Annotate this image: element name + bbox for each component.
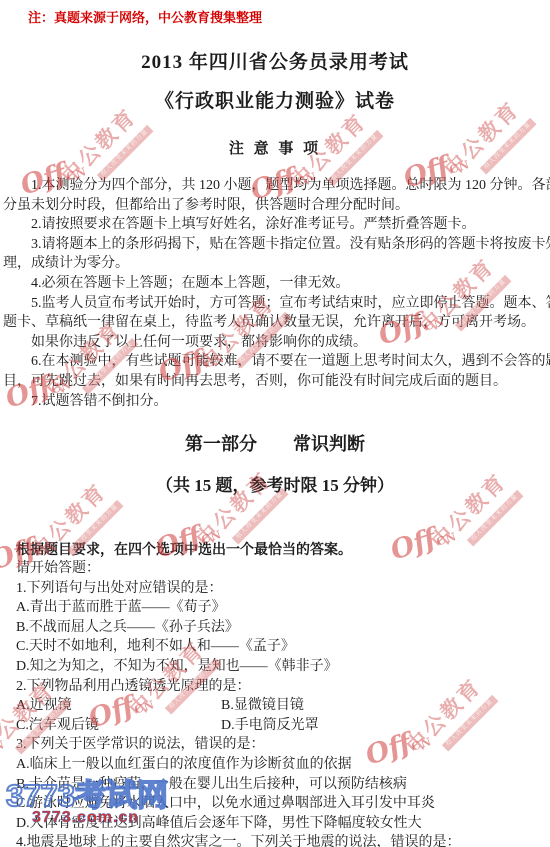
text-line: A.青出于蓝而胜于蓝——《荀子》 (16, 598, 550, 618)
text-line: 1.本测验分为四个部分，共 120 小题，题型均为单项选择题。总时限为 120 … (3, 176, 548, 196)
text-line: 题卡、草稿纸一律留在桌上，待监考人员确认数量无误，允许离开后，方可离开考场。 (3, 313, 548, 333)
text-line: B.卡介苗是一种疫苗，一般在婴儿出生后接种，可以预防结核病 (16, 775, 550, 795)
offcn-tagline: 给人改变未来的力量 (232, 488, 289, 545)
offcn-watermark: OffCN中公教育给人改变未来的力量 (390, 440, 550, 572)
offcn-tagline: 给人改变未来的力量 (467, 490, 524, 547)
notice-heading: 注 意 事 项 (0, 137, 550, 158)
text-line: C.天时不如地利，地利不如人和——《孟子》 (16, 637, 550, 657)
text-line-col1: A.青出于蓝而胜于蓝——《荀子》 (16, 600, 226, 615)
text-line-col1: 5.监考人员宣布考试开始时，方可答题；宣布考试结束时，应立即停止答题。题本、答 (3, 296, 550, 311)
offcn-logo-cn-text: CN (435, 530, 459, 549)
question-body: 请开始答题：1.下列语句与出处对应错误的是：A.青出于蓝而胜于蓝——《荀子》B.… (16, 559, 550, 847)
text-line-col1: C.汽车观后镜 (16, 718, 99, 733)
source-note: 注：真题来源于网络，中公教育搜集整理 (28, 7, 262, 26)
exam-title: 2013 年四川省公务员录用考试 (0, 47, 550, 74)
text-line-col1: 请开始答题： (16, 561, 100, 576)
text-line-col1: 4.必须在答题卡上答题；在题本上答题，一律无效。 (3, 276, 350, 291)
part1-heading: 第一部分 常识判断 (0, 430, 550, 456)
text-line: A.临床上一般以血红蛋白的浓度值作为诊断贫血的依据 (16, 755, 550, 775)
text-line-col1: 目，可先跳过去，如果有时间再去思考，否则，你可能没有时间完成后面的题目。 (3, 374, 507, 389)
part1-subheading: （共 15 题，参考时限 15 分钟） (0, 471, 550, 496)
text-line: 6.在本测验中，有些试题可能较难，请不要在一道题上思考时间太久，遇到不会答的题 (3, 352, 548, 372)
text-line-col1: C.天时不如地利，地利不如人和——《孟子》 (16, 639, 295, 654)
text-line-col1: B.不战而屈人之兵——《孙子兵法》 (16, 620, 239, 635)
text-line: B.不战而屈人之兵——《孙子兵法》 (16, 618, 550, 638)
offcn-flame-logo-icon: OffCN (0, 726, 7, 772)
text-line-col1: 4.地震是地球上的主要自然灾害之一。下列关于地震的说法，错误的是： (16, 835, 461, 847)
text-line: 2.下列物品利用凸透镜透光原理的是： (16, 677, 550, 697)
text-line-col1: A.近视镜 (16, 698, 72, 713)
text-line-col1: 1.本测验分为四个部分，共 120 小题，题型均为单项选择题。总时限为 120 … (3, 178, 550, 193)
text-line: 3.下列关于医学常识的说法，错误的是： (16, 735, 550, 755)
text-line-col2: B.显微镜目镜 (221, 696, 304, 716)
text-line-col1: 3.请将题本上的条形码揭下，贴在答题卡指定位置。没有贴条形码的答题卡将按废卡处 (3, 237, 550, 252)
text-line-col1: D.知之为知之，不知为不知，是知也——《韩非子》 (16, 659, 338, 674)
text-line-col1: B.卡介苗是一种疫苗，一般在婴儿出生后接种，可以预防结核病 (16, 777, 407, 792)
text-line: 5.监考人员宣布考试开始时，方可答题；宣布考试结束时，应立即停止答题。题本、答 (3, 294, 548, 314)
text-line: 目，可先跳过去，如果有时间再去思考，否则，你可能没有时间完成后面的题目。 (3, 372, 548, 392)
exam-subtitle: 《行政职业能力测验》试卷 (0, 86, 550, 113)
offcn-flame-logo-icon: OffCN (387, 518, 459, 564)
text-line-col1: 分虽未划分时段，但都给出了参考时限，供答题时合理分配时间。 (3, 198, 409, 213)
text-line: 4.地震是地球上的主要自然灾害之一。下列关于地震的说法，错误的是： (16, 833, 550, 847)
text-line-col1: C.游泳时应避免将水咽入口中，以免水通过鼻咽部进入耳引发中耳炎 (16, 796, 435, 811)
text-line: D.知之为知之，不知为不知，是知也——《韩非子》 (16, 657, 550, 677)
text-line-col1: 6.在本测验中，有些试题可能较难，请不要在一道题上思考时间太久，遇到不会答的题 (3, 354, 550, 369)
text-line: 4.必须在答题卡上答题；在题本上答题，一律无效。 (3, 274, 548, 294)
text-line: A.近视镜B.显微镜目镜 (16, 696, 550, 716)
text-line-col2: D.手电筒反光罩 (221, 716, 319, 736)
text-line-col1: 2.请按照要求在答题卡上填写好姓名，涂好准考证号。严禁折叠答题卡。 (3, 217, 476, 232)
exam-paper-page: 注：真题来源于网络，中公教育搜集整理 2013 年四川省公务员录用考试 《行政职… (0, 0, 550, 847)
offcn-logo-cn-text: CN (0, 738, 7, 757)
text-line-col1: 2.下列物品利用凸透镜透光原理的是： (16, 679, 251, 694)
text-line-col1: 1.下列语句与出处对应错误的是： (16, 581, 223, 596)
text-line-col1: 如果你违反了以上任何一项要求，都将影响你的成绩。 (3, 335, 367, 350)
offcn-logo-cn-text: CN (448, 158, 472, 177)
notice-body: 1.本测验分为四个部分，共 120 小题，题型均为单项选择题。总时限为 120 … (3, 176, 548, 411)
text-line: 2.请按照要求在答题卡上填写好姓名，涂好准考证号。严禁折叠答题卡。 (3, 215, 548, 235)
text-line: C.汽车观后镜D.手电筒反光罩 (16, 716, 550, 736)
text-line: 3.请将题本上的条形码揭下，贴在答题卡指定位置。没有贴条形码的答题卡将按废卡处 (3, 235, 548, 255)
text-line: 1.下列语句与出处对应错误的是： (16, 579, 550, 599)
text-line-col1: D.人体骨密度在达到高峰值后会逐年下降，男性下降幅度较女性大 (16, 816, 422, 831)
text-line: 如果你违反了以上任何一项要求，都将影响你的成绩。 (3, 333, 548, 353)
text-line-col1: 3.下列关于医学常识的说法，错误的是： (16, 737, 265, 752)
text-line: D.人体骨密度在达到高峰值后会逐年下降，男性下降幅度较女性大 (16, 814, 550, 834)
part1-instruction: 根据题目要求，在四个选项中选出一个最恰当的答案。 (16, 539, 352, 559)
text-line-col1: 理，成绩计为零分。 (3, 256, 129, 271)
text-line: 请开始答题： (16, 559, 550, 579)
text-line: 分虽未划分时段，但都给出了参考时限，供答题时合理分配时间。 (3, 196, 548, 216)
text-line-col1: 7.试题答错不倒扣分。 (3, 394, 168, 409)
text-line: C.游泳时应避免将水咽入口中，以免水通过鼻咽部进入耳引发中耳炎 (16, 794, 550, 814)
text-line-col1: 题卡、草稿纸一律留在桌上，待监考人员确认数量无误，允许离开后，方可离开考场。 (3, 315, 535, 330)
text-line: 理，成绩计为零分。 (3, 254, 548, 274)
text-line: 7.试题答错不倒扣分。 (3, 392, 548, 412)
text-line-col1: A.临床上一般以血红蛋白的浓度值作为诊断贫血的依据 (16, 757, 352, 772)
